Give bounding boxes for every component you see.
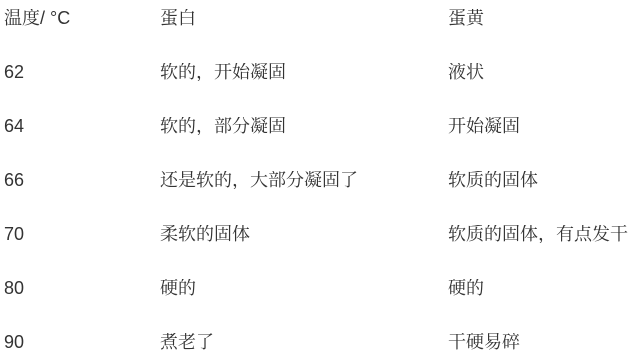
- cell-egg-white: 还是软的，大部分凝固了: [160, 171, 448, 189]
- cell-egg-yolk: 硬的: [448, 279, 640, 297]
- cell-egg-white: 软的，部分凝固: [160, 117, 448, 135]
- cell-egg-yolk: 开始凝固: [448, 117, 640, 135]
- table-row: 90 煮老了 干硬易碎: [0, 315, 640, 362]
- column-header-temperature: 温度/ °C: [0, 9, 160, 27]
- table-row: 62 软的，开始凝固 液状: [0, 45, 640, 99]
- cell-temperature: 64: [0, 117, 160, 135]
- cell-temperature: 62: [0, 63, 160, 81]
- egg-cooking-temperature-table-page: 温度/ °C 蛋白 蛋黄 62 软的，开始凝固 液状 64 软的，部分凝固 开始…: [0, 0, 640, 362]
- column-header-egg-yolk: 蛋黄: [448, 9, 640, 27]
- table-row: 70 柔软的固体 软质的固体，有点发干: [0, 207, 640, 261]
- cell-temperature: 70: [0, 225, 160, 243]
- cell-egg-yolk: 液状: [448, 63, 640, 81]
- table-row: 64 软的，部分凝固 开始凝固: [0, 99, 640, 153]
- cell-temperature: 66: [0, 171, 160, 189]
- cell-temperature: 80: [0, 279, 160, 297]
- egg-temperature-table: 温度/ °C 蛋白 蛋黄 62 软的，开始凝固 液状 64 软的，部分凝固 开始…: [0, 0, 640, 362]
- cell-egg-white: 柔软的固体: [160, 225, 448, 243]
- cell-egg-yolk: 干硬易碎: [448, 333, 640, 351]
- cell-egg-white: 硬的: [160, 279, 448, 297]
- table-row: 66 还是软的，大部分凝固了 软质的固体: [0, 153, 640, 207]
- column-header-egg-white: 蛋白: [160, 9, 448, 27]
- cell-egg-white: 软的，开始凝固: [160, 63, 448, 81]
- cell-egg-white: 煮老了: [160, 333, 448, 351]
- cell-egg-yolk: 软质的固体，有点发干: [448, 225, 640, 243]
- table-row: 80 硬的 硬的: [0, 261, 640, 315]
- table-header-row: 温度/ °C 蛋白 蛋黄: [0, 0, 640, 45]
- cell-temperature: 90: [0, 333, 160, 351]
- cell-egg-yolk: 软质的固体: [448, 171, 640, 189]
